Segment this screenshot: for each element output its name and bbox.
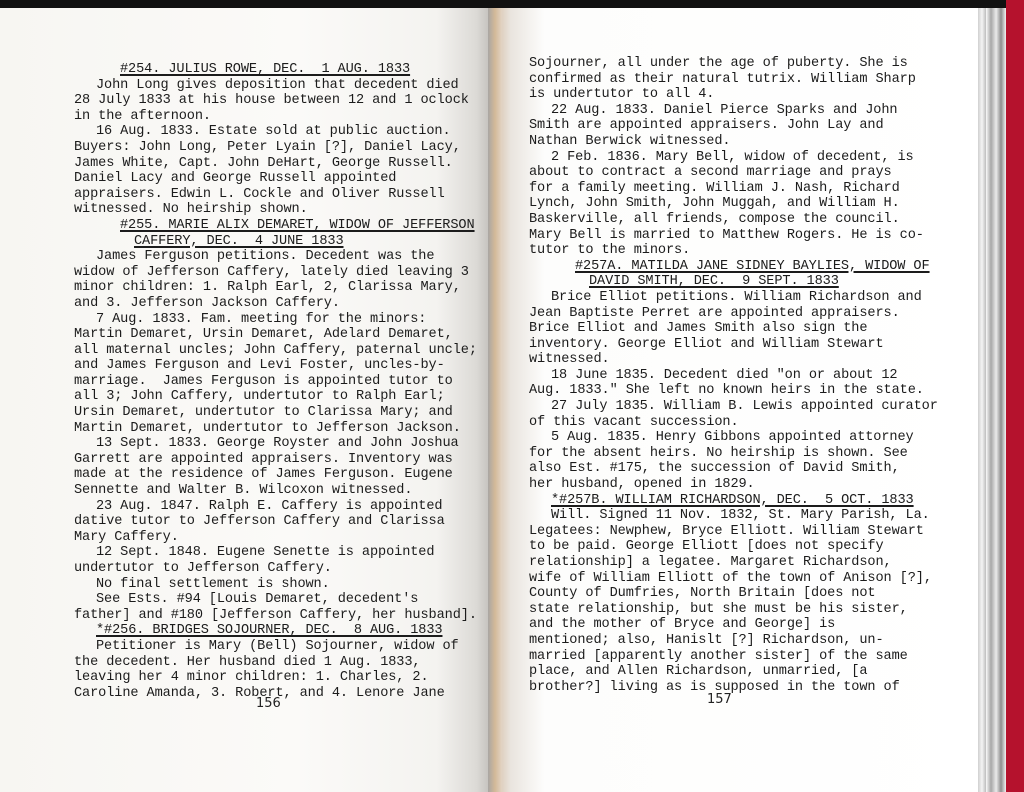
entry-heading: CAFFERY, DEC. 4 JUNE 1833 [74,234,477,250]
text-line: and James Ferguson and Levi Foster, uncl… [74,358,477,374]
text-line: state relationship, but she must be his … [529,602,938,618]
text-line: County of Dumfries, North Britain [does … [529,586,938,602]
text-line: Mary Caffery. [74,530,477,546]
text-line: James Ferguson petitions. Decedent was t… [74,249,477,265]
text-line: John Long gives deposition that decedent… [74,78,477,94]
text-line: brother?] living as is supposed in the t… [529,680,938,696]
text-line: 27 July 1835. William B. Lewis appointed… [529,399,938,415]
text-line: widow of Jefferson Caffery, lately died … [74,265,477,281]
text-line: 7 Aug. 1833. Fam. meeting for the minors… [74,312,477,328]
text-line: about to contract a second marriage and … [529,165,938,181]
text-line: in the afternoon. [74,109,477,125]
text-line: appraisers. Edwin L. Cockle and Oliver R… [74,187,477,203]
text-line: Legatees: Newphew, Bryce Elliott. Willia… [529,524,938,540]
text-line: Sennette and Walter B. Wilcoxon witnesse… [74,483,477,499]
text-line: mentioned; also, Hanislt [?] Richardson,… [529,633,938,649]
text-line: made at the residence of James Ferguson.… [74,467,477,483]
left-page-text: #254. JULIUS ROWE, DEC. 1 AUG. 1833John … [74,62,477,701]
text-line: of this vacant succession. [529,415,938,431]
entry-heading: #257A. MATILDA JANE SIDNEY BAYLIES, WIDO… [529,259,938,275]
entry-heading: DAVID SMITH, DEC. 9 SEPT. 1833 [529,274,938,290]
text-line: married [apparently another sister] of t… [529,649,938,665]
text-line: 2 Feb. 1836. Mary Bell, widow of deceden… [529,150,938,166]
book-cover-edge [1006,0,1024,792]
text-line: Daniel Lacy and George Russell appointed [74,171,477,187]
top-background [0,0,1024,8]
text-line: 18 June 1835. Decedent died "on or about… [529,368,938,384]
text-line: dative tutor to Jefferson Caffery and Cl… [74,514,477,530]
text-line: for a family meeting. William J. Nash, R… [529,181,938,197]
text-line: leaving her 4 minor children: 1. Charles… [74,670,477,686]
text-line: Baskerville, all friends, compose the co… [529,212,938,228]
text-line: Sojourner, all under the age of puberty.… [529,56,938,72]
text-line: also Est. #175, the succession of David … [529,461,938,477]
entry-heading: *#256. BRIDGES SOJOURNER, DEC. 8 AUG. 18… [74,623,477,639]
text-line: inventory. George Elliot and William Ste… [529,337,938,353]
text-line: undertutor to Jefferson Caffery. [74,561,477,577]
entry-heading: #255. MARIE ALIX DEMARET, WIDOW OF JEFFE… [74,218,477,234]
text-line: to be paid. George Elliott [does not spe… [529,539,938,555]
text-line: Brice Elliot and James Smith also sign t… [529,321,938,337]
text-line: father] and #180 [Jefferson Caffery, her… [74,608,477,624]
text-line: Smith are appointed appraisers. John Lay… [529,118,938,134]
text-line: 12 Sept. 1848. Eugene Senette is appoint… [74,545,477,561]
text-line: for the absent heirs. No heirship is sho… [529,446,938,462]
text-line: Martin Demaret, Ursin Demaret, Adelard D… [74,327,477,343]
text-line: her husband, opened in 1829. [529,477,938,493]
text-line: the decedent. Her husband died 1 Aug. 18… [74,655,477,671]
page-edges [986,8,996,792]
text-line: place, and Allen Richardson, unmarried, … [529,664,938,680]
text-line: James White, Capt. John DeHart, George R… [74,156,477,172]
text-line: and 3. Jefferson Jackson Caffery. [74,296,477,312]
entry-heading: #254. JULIUS ROWE, DEC. 1 AUG. 1833 [74,62,477,78]
text-line: all maternal uncles; John Caffery, pater… [74,343,477,359]
text-line: Ursin Demaret, undertutor to Clarissa Ma… [74,405,477,421]
text-line: marriage. James Ferguson is appointed tu… [74,374,477,390]
text-line: wife of William Elliott of the town of A… [529,571,938,587]
text-line: Brice Elliot petitions. William Richards… [529,290,938,306]
text-line: No final settlement is shown. [74,577,477,593]
text-line: 23 Aug. 1847. Ralph E. Caffery is appoin… [74,499,477,515]
text-line: Buyers: John Long, Peter Lyain [?], Dani… [74,140,477,156]
text-line: minor children: 1. Ralph Earl, 2, Claris… [74,280,477,296]
entry-heading: *#257B. WILLIAM RICHARDSON, DEC. 5 OCT. … [529,493,938,509]
text-line: relationship] a legatee. Margaret Richar… [529,555,938,571]
page-number-right: 157 [707,692,732,707]
text-line: confirmed as their natural tutrix. Willi… [529,72,938,88]
text-line: Aug. 1833." She left no known heirs in t… [529,383,938,399]
text-line: Nathan Berwick witnessed. [529,134,938,150]
text-line: Lynch, John Smith, John Muggah, and Will… [529,196,938,212]
text-line: 16 Aug. 1833. Estate sold at public auct… [74,124,477,140]
text-line: witnessed. [529,352,938,368]
text-line: See Ests. #94 [Louis Demaret, decedent's [74,592,477,608]
text-line: Garrett are appointed appraisers. Invent… [74,452,477,468]
text-line: all 3; John Caffery, undertutor to Ralph… [74,389,477,405]
text-line: Martin Demaret, undertutor to Jefferson … [74,421,477,437]
text-line: 5 Aug. 1835. Henry Gibbons appointed att… [529,430,938,446]
text-line: 28 July 1833 at his house between 12 and… [74,93,477,109]
text-line: tutor to the minors. [529,243,938,259]
text-line: 13 Sept. 1833. George Royster and John J… [74,436,477,452]
page-edges [996,8,1006,792]
book-gutter [488,8,502,792]
right-page-text: Sojourner, all under the age of puberty.… [529,56,938,695]
text-line: 22 Aug. 1833. Daniel Pierce Sparks and J… [529,103,938,119]
text-line: Petitioner is Mary (Bell) Sojourner, wid… [74,639,477,655]
text-line: Jean Baptiste Perret are appointed appra… [529,306,938,322]
page-number-left: 156 [256,696,281,711]
text-line: Mary Bell is married to Matthew Rogers. … [529,228,938,244]
text-line: is undertutor to all 4. [529,87,938,103]
page-edges [978,8,986,792]
text-line: witnessed. No heirship shown. [74,202,477,218]
text-line: and the mother of Bryce and George] is [529,617,938,633]
text-line: Will. Signed 11 Nov. 1832, St. Mary Pari… [529,508,938,524]
